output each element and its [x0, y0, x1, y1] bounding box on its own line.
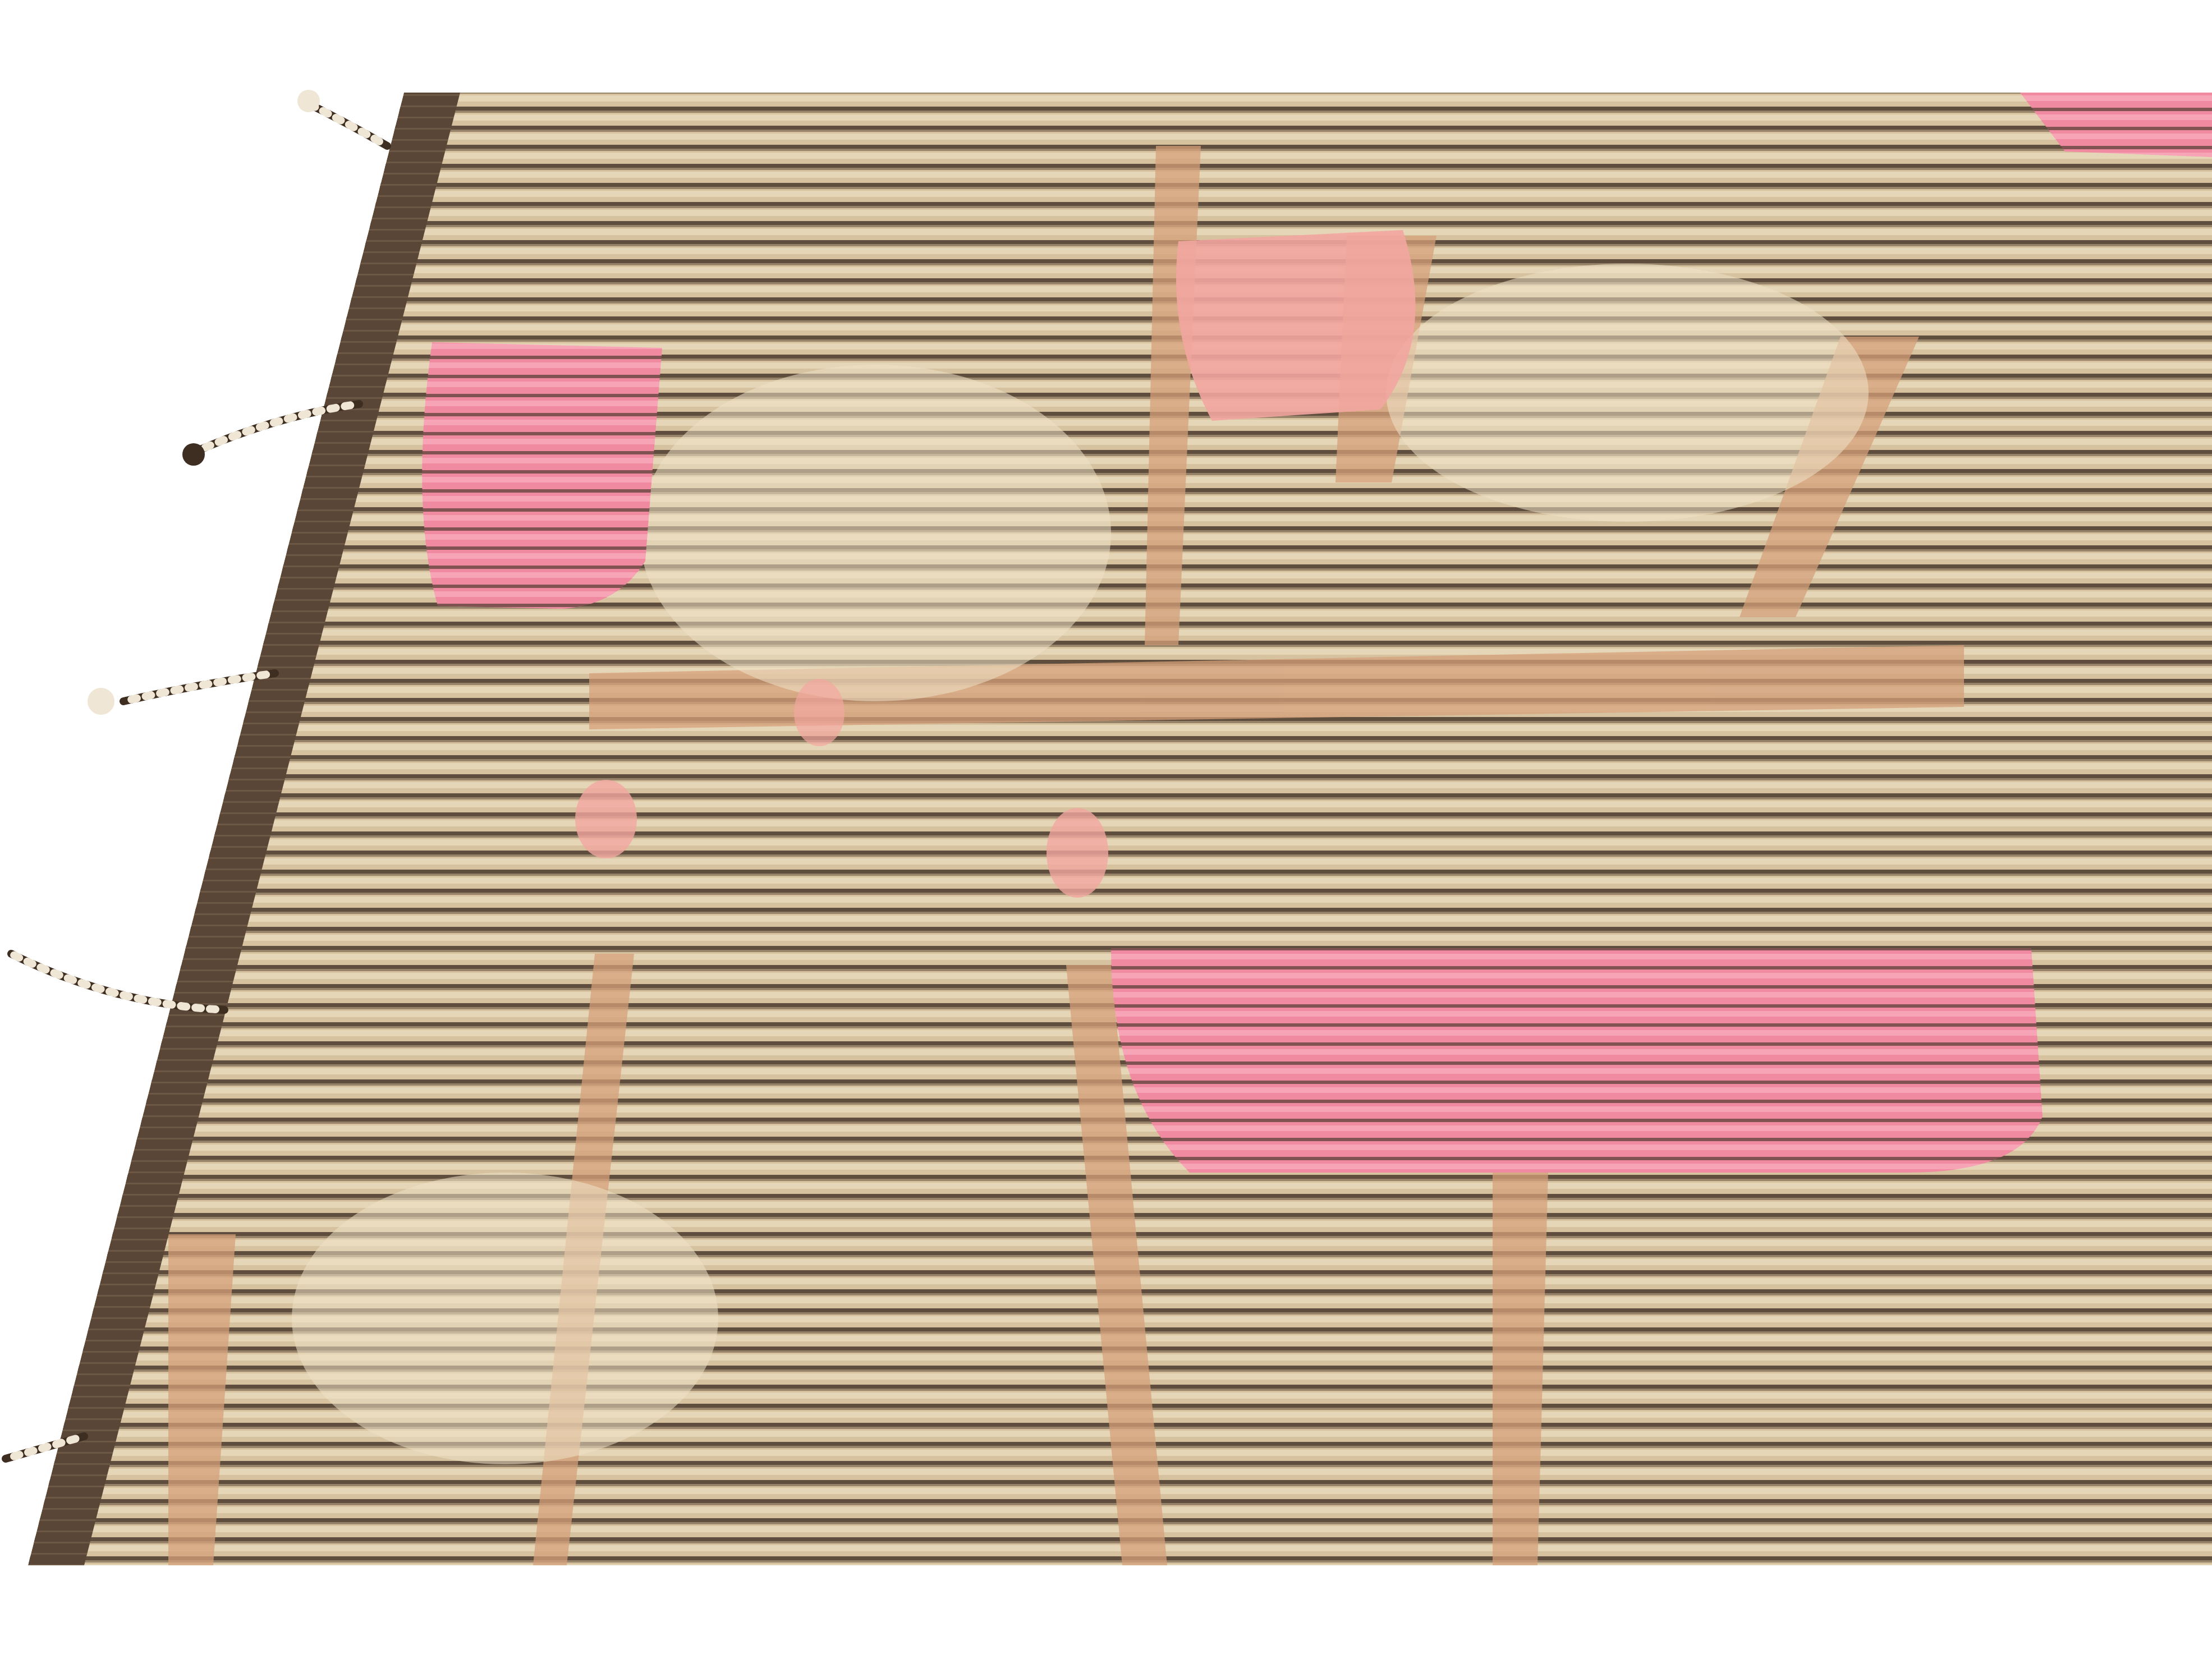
rug-photo: [0, 0, 2212, 1659]
rug: [0, 93, 2212, 1565]
pink-shield-top: [1176, 230, 1416, 421]
pink-shield-left: [422, 342, 662, 609]
tassel: [297, 90, 387, 146]
pink-block-center: [1111, 948, 2043, 1173]
